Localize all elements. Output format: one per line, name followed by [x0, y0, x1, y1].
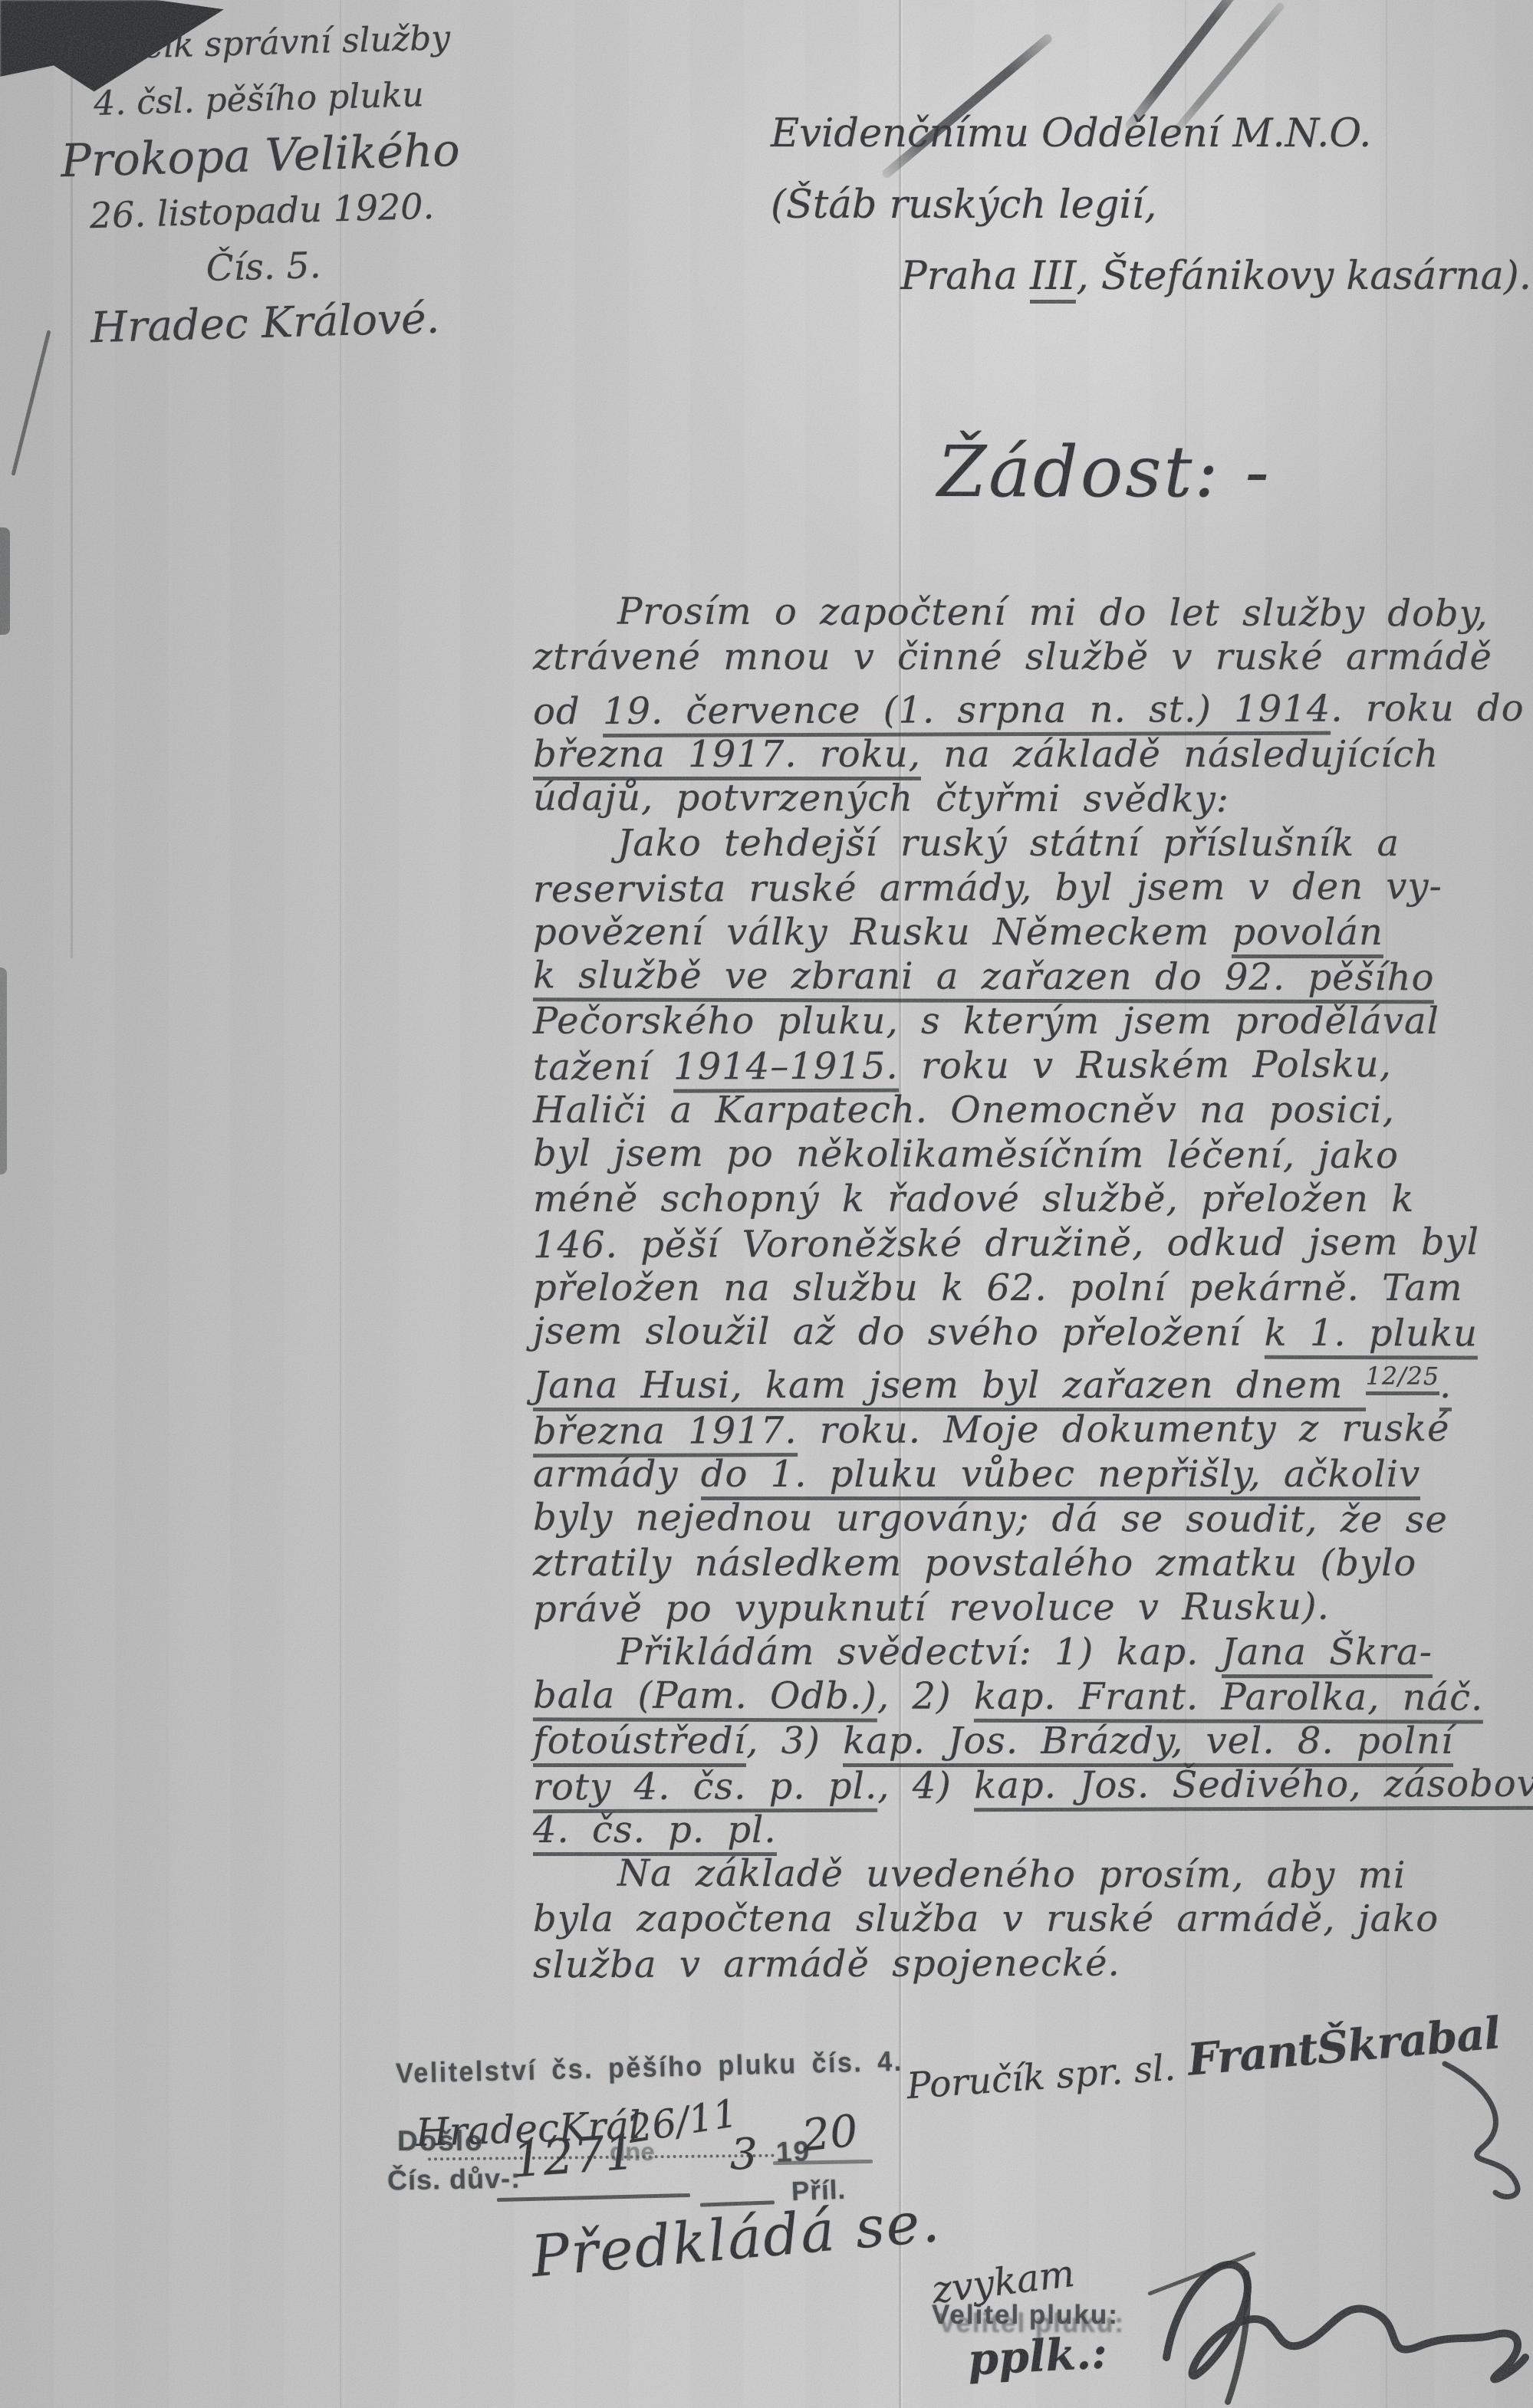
text-segment: III	[1030, 254, 1076, 304]
text-segment: byl jsem po několikaměsíčním léčení, jak…	[533, 1132, 1399, 1177]
handwritten-line: jsem sloužil až do svého přeložení k 1. …	[533, 1309, 1533, 1355]
handwritten-line: povězení války Rusku Německem povolán	[533, 910, 1533, 954]
handwritten-line: Jako tehdejší ruský státní příslušník a	[533, 821, 1533, 866]
text-segment: roku. Moje dokumenty z ruské	[797, 1407, 1449, 1452]
stamp-form-line	[497, 2193, 690, 2202]
text-segment: Prosím o započtení mi do let služby doby…	[617, 590, 1489, 636]
text-segment: kap. Jos. Brázdy, vel. 8. polní	[843, 1720, 1453, 1767]
document-number-label: Čís. dův-:	[387, 2162, 521, 2196]
text-segment: Přikládám svědectví: 1) kap.	[617, 1631, 1222, 1674]
unit-stamp: Velitelství čs. pěšího pluku čís. 4.	[396, 2045, 904, 2090]
text-segment: 146. pěší Voroněžské družině, odkud jsem…	[533, 1220, 1479, 1266]
signature-flourish	[1436, 2053, 1533, 2206]
officer-rank-note: Poručík spr. sl.	[906, 2047, 1177, 2107]
text-segment: bala (Pam. Odb.)	[533, 1674, 877, 1722]
text-segment: března 1917.	[533, 1409, 798, 1457]
scan-streak	[340, 0, 341, 2408]
attachment-count-handwritten: 3	[730, 2130, 758, 2180]
text-segment: jsem sloužil až do svého přeložení	[533, 1309, 1265, 1354]
letter-body: Prosím o započtení mi do let služby doby…	[533, 590, 1533, 1986]
scanned-document-page: Poručík správní služby4. čsl. pěšího plu…	[0, 0, 1533, 2408]
handwritten-line: právě po vypuknutí revoluce v Rusku).	[533, 1584, 1533, 1632]
handwritten-line: bala (Pam. Odb.), 2) kap. Frant. Parolka…	[533, 1673, 1533, 1720]
handwritten-line: údajů, potvrzených čtyřmi svědky:	[533, 775, 1533, 822]
handwritten-line: Přikládám svědectví: 1) kap. Jana Škra-	[533, 1630, 1533, 1674]
handwritten-line: 146. pěší Voroněžské družině, odkud jsem…	[533, 1220, 1533, 1268]
handwritten-line: Praha III, Štefánikovy kasárna).	[771, 241, 1531, 312]
text-segment: k 1. pluku	[1264, 1312, 1478, 1360]
handwritten-line: služba v armádě spojenecké.	[533, 1940, 1533, 1988]
text-segment: od	[533, 690, 603, 733]
text-segment: . roku do	[1331, 687, 1533, 731]
text-segment: povolán	[1232, 911, 1383, 958]
recipient-address-block: Evidenčnímu Oddělení M.N.O.(Štáb ruských…	[771, 98, 1531, 312]
text-segment: údajů, potvrzených čtyřmi svědky:	[533, 776, 1229, 820]
text-segment: povězení války Rusku Německem	[533, 911, 1232, 954]
text-segment: roku v Ruském Polsku,	[899, 1043, 1392, 1087]
text-segment: Prokopa Velikého	[60, 123, 460, 188]
received-date-handwritten: 26/11	[624, 2091, 740, 2152]
handwritten-line: Na základě uvedeného prosím, aby mi	[533, 1851, 1533, 1897]
year-handwritten-suffix: 20	[800, 2105, 860, 2161]
text-segment: Praha	[900, 254, 1030, 299]
handwritten-line: byla započtena služba v ruské armádě, ja…	[533, 1897, 1533, 1941]
handwritten-line: Prosím o započtení mi do let služby doby…	[533, 589, 1533, 636]
text-segment: , 3)	[746, 1720, 843, 1762]
text-segment: méně schopný k řadové službě, přeložen k	[533, 1178, 1414, 1220]
text-segment: .	[1439, 1364, 1452, 1411]
handwritten-line: března 1917. roku, na základě následujíc…	[533, 732, 1533, 777]
text-segment: 4. čsl. pěšího pluku	[94, 75, 425, 123]
text-segment: , 2)	[877, 1674, 974, 1717]
handwritten-line: ztrávené mnou v činné službě v ruské arm…	[533, 635, 1533, 679]
text-segment: 26. listopadu 1920.	[89, 186, 435, 237]
text-segment: 1914–1915.	[673, 1045, 899, 1093]
text-segment: fotoústředí	[533, 1720, 746, 1767]
text-segment: Hradec Králové.	[90, 294, 440, 353]
handwritten-line: byl jsem po několikaměsíčním léčení, jak…	[533, 1131, 1533, 1178]
handwritten-line: Haliči a Karpatech. Onemocněv na posici,	[533, 1088, 1533, 1132]
text-segment: ztrávené mnou v činné službě v ruské arm…	[533, 636, 1492, 678]
document-title: Žádost: -	[882, 431, 1327, 513]
text-segment: 12/25	[1366, 1363, 1439, 1395]
text-segment: Poručík správní služby	[64, 18, 451, 68]
handwritten-line: k službě ve zbrani a zařazen do 92. pěší…	[533, 953, 1533, 1000]
text-segment: kap. Jos. Šedivého, zásobovatele	[974, 1762, 1533, 1812]
sender-address-block: Poručík správní služby4. čsl. pěšího plu…	[17, 8, 505, 357]
text-segment: na základě následujících	[921, 733, 1439, 776]
text-segment: roty 4. čs. p. pl.	[533, 1765, 877, 1814]
text-segment: služba v armádě spojenecké.	[533, 1942, 1120, 1987]
text-segment: Jana Škra-	[1222, 1631, 1433, 1678]
text-segment: právě po vypuknutí revoluce v Rusku).	[533, 1585, 1330, 1631]
edge-scan-mark	[0, 527, 10, 635]
commander-rank-handwritten: pplk.:	[966, 2327, 1108, 2385]
text-segment: Čís. 5.	[206, 245, 321, 290]
text-segment: Na základě uvedeného prosím, aby mi	[617, 1852, 1406, 1897]
text-segment: reservista ruské armády, byl jsem v den …	[533, 865, 1443, 911]
handwritten-line: Jana Husi, kam jsem byl zařazen dnem 12/…	[533, 1355, 1533, 1408]
handwritten-line: ztratily následkem povstalého zmatku (by…	[533, 1541, 1533, 1585]
text-segment: do 1. pluku vůbec nepřišly, ačkoliv	[701, 1453, 1420, 1500]
handwritten-line: (Štáb ruských legií,	[771, 169, 1531, 241]
text-segment: přeložen na službu k 62. polní pekárně. …	[533, 1266, 1463, 1309]
handwritten-line: března 1917. roku. Moje dokumenty z rusk…	[533, 1406, 1533, 1454]
text-segment: 4. čs. p. pl.	[533, 1808, 777, 1856]
text-segment: armády	[533, 1453, 701, 1496]
handwritten-line: armády do 1. pluku vůbec nepřišly, ačkol…	[533, 1452, 1533, 1496]
commander-signature	[1154, 2242, 1530, 2408]
text-segment: byla započtena služba v ruské armádě, ja…	[533, 1897, 1439, 1940]
text-segment: , Štefánikovy kasárna).	[1076, 254, 1531, 299]
handwritten-line: od 19. července (1. srpna n. st.) 1914. …	[533, 678, 1533, 734]
text-segment: března 1917. roku,	[533, 733, 921, 780]
handwritten-line: Pečorského pluku, s kterým jsem proděláv…	[533, 999, 1533, 1043]
text-segment: Pečorského pluku, s kterým jsem proděláv…	[533, 1000, 1439, 1043]
handwritten-line: 4. čs. p. pl.	[533, 1808, 1533, 1852]
handwritten-line: reservista ruské armády, byl jsem v den …	[533, 864, 1533, 912]
received-place-handwritten: HradecKrál	[415, 2103, 642, 2155]
text-segment: 19. července (1. srpna n. st.) 1914	[603, 688, 1331, 738]
text-segment: , 4)	[877, 1764, 974, 1807]
handwritten-line: tažení 1914–1915. roku v Ruském Polsku,	[533, 1042, 1533, 1090]
text-segment: tažení	[533, 1046, 673, 1089]
handwritten-line: byly nejednou urgovány; dá se soudit, že…	[533, 1495, 1533, 1542]
handwritten-line: fotoústředí, 3) kap. Jos. Brázdy, vel. 8…	[533, 1719, 1533, 1763]
handwritten-line: přeložen na službu k 62. polní pekárně. …	[533, 1266, 1533, 1310]
text-segment: Haliči a Karpatech. Onemocněv na posici,	[533, 1089, 1395, 1132]
text-segment: ztratily následkem povstalého zmatku (by…	[533, 1542, 1416, 1585]
text-segment: Jako tehdejší ruský státní příslušník a	[617, 822, 1400, 865]
edge-scan-mark	[0, 967, 7, 1174]
handwritten-line: roty 4. čs. p. pl., 4) kap. Jos. Šedivéh…	[533, 1762, 1533, 1810]
text-segment: Evidenčnímu Oddělení M.N.O.	[771, 111, 1371, 156]
text-segment: kap. Frant. Parolka, náč.	[974, 1675, 1484, 1724]
text-segment: Jana Husi, kam jsem byl zařazen dnem	[533, 1364, 1366, 1411]
handwritten-line: méně schopný k řadové službě, přeložen k	[533, 1177, 1533, 1221]
text-segment: (Štáb ruských legií,	[771, 182, 1156, 228]
handwritten-line: Evidenčnímu Oddělení M.N.O.	[771, 98, 1531, 169]
text-segment: byly nejednou urgovány; dá se soudit, že…	[533, 1496, 1448, 1541]
text-segment: k službě ve zbrani a zařazen do 92. pěší…	[533, 954, 1435, 1004]
